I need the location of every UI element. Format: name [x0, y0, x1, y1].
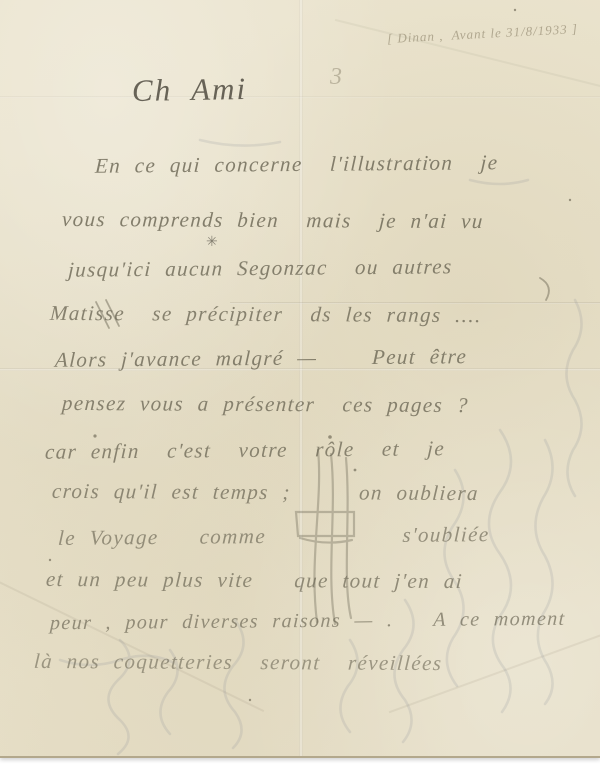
- letter-line: vous comprends bien mais je n'ai vu: [61, 207, 484, 234]
- letter-line: En ce qui concerne l'illustration je: [94, 150, 499, 179]
- letter-line: peur , pour diverses raisons — . A ce mo…: [50, 608, 567, 636]
- letter-line: pensez vous a présenter ces pages ?: [61, 391, 469, 418]
- letter-line: jusqu'ici aucun Segonzac ou autres: [67, 254, 453, 282]
- letter-line: crois qu'il est temps ; on oubliera: [51, 479, 479, 506]
- letter-line: le Voyage comme s'oubliée: [57, 522, 490, 551]
- letter-page: [ Dinan , Avant le 31/8/1933 ] 3 Ch Ami …: [0, 0, 600, 758]
- letter-line: Alors j'avance malgré — Peut être: [54, 344, 467, 373]
- letter-line: là nos coquetteries seront réveillées: [33, 649, 443, 676]
- letter-line: et un peu plus vite que tout j'en ai: [45, 567, 463, 594]
- letter-line: car enfin c'est votre rôle et je: [44, 436, 445, 465]
- letter-body: En ce qui concerne l'illustration je vou…: [0, 0, 600, 756]
- letter-line: Matisse se précipiter ds les rangs ....: [49, 301, 482, 328]
